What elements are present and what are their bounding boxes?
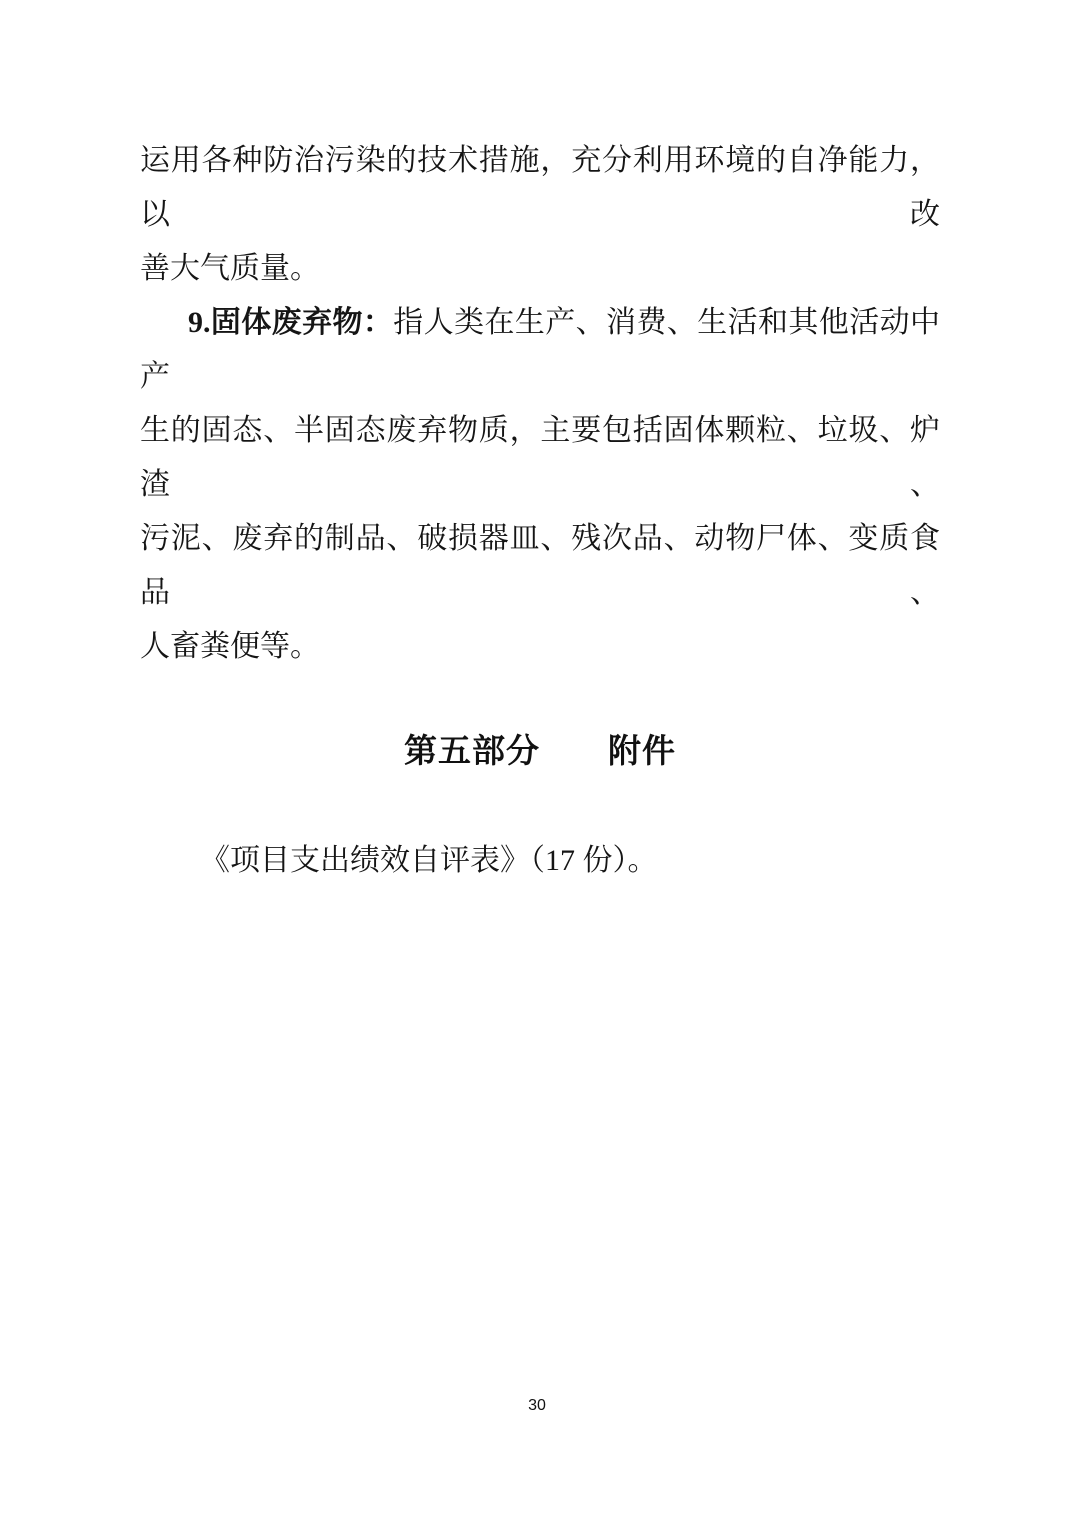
term-solid-waste: 9.固体废弃物： xyxy=(188,306,393,339)
definition-item-line: 生的固态、半固态废弃物质，主要包括固体颗粒、垃圾、炉渣、 xyxy=(140,404,940,512)
attachment-reference: 《项目支出绩效自评表》（17 份）。 xyxy=(140,834,940,888)
page-number: 30 xyxy=(0,1396,1074,1416)
definition-item-line: 9.固体废弃物：指人类在生产、消费、生活和其他活动中产 xyxy=(140,296,940,404)
paragraph-continuation-line: 运用各种防治污染的技术措施，充分利用环境的自净能力，以改 xyxy=(140,134,940,242)
definition-item-line: 污泥、废弃的制品、破损器皿、残次品、动物尸体、变质食品、 xyxy=(140,512,940,620)
section-heading: 第五部分 附件 xyxy=(140,720,940,782)
body-text-block: 运用各种防治污染的技术措施，充分利用环境的自净能力，以改 善大气质量。 9.固体… xyxy=(140,134,940,674)
paragraph-continuation-line: 善大气质量。 xyxy=(140,242,940,296)
document-page: 运用各种防治污染的技术措施，充分利用环境的自净能力，以改 善大气质量。 9.固体… xyxy=(0,0,1074,1520)
definition-item-line: 人畜粪便等。 xyxy=(140,620,940,674)
